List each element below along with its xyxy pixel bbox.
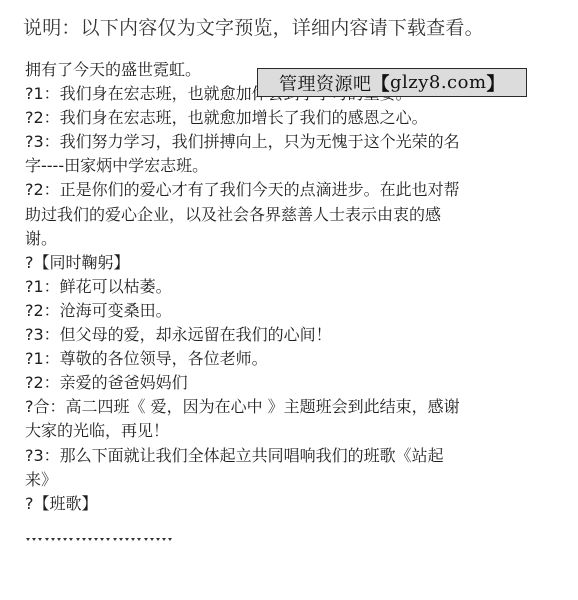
- watermark-site: glzy8.com: [390, 72, 487, 93]
- text-line: ?3：那么下面就让我们全体起立共同唱响我们的班歌《站起: [25, 444, 555, 468]
- watermark-label: 管理资源吧: [279, 70, 372, 96]
- text-line: 来》: [25, 468, 555, 492]
- text-line: 大家的光临，再见！: [25, 419, 555, 443]
- watermark-bracket-open: 【: [371, 70, 390, 96]
- text-line: ?1：尊敬的各位领导，各位老师。: [25, 347, 555, 371]
- text-line: ?2：我们身在宏志班，也就愈加增长了我们的感恩之心。: [25, 106, 555, 130]
- text-line: ?1：鲜花可以枯萎。: [25, 275, 555, 299]
- text-line: ?2：亲爱的爸爸妈妈们: [25, 371, 555, 395]
- text-line: ?2：沧海可变桑田。: [25, 299, 555, 323]
- text-line: ?3：我们努力学习，我们拼搏向上，只为无愧于这个光荣的名: [25, 130, 555, 154]
- text-line: ?【同时鞠躬】: [25, 251, 555, 275]
- document-body: 拥有了今天的盛世霓虹。 ?1：我们身在宏志班，也就愈加体会到了学习的重要。 ?2…: [25, 58, 555, 516]
- text-line: ?3：但父母的爱，却永远留在我们的心间！: [25, 323, 555, 347]
- dot-mark: [167, 535, 173, 545]
- watermark-bracket-close: 】: [487, 70, 506, 96]
- watermark-banner: 管理资源吧 【 glzy8.com 】: [257, 68, 527, 97]
- text-line: ?合：高二四班《 爱，因为在心中 》主题班会到此结束，感谢: [25, 395, 555, 419]
- ellipsis-dots: [25, 535, 174, 545]
- text-line: 字----田家炳中学宏志班。: [25, 154, 555, 178]
- preview-notice: 说明：以下内容仅为文字预览，详细内容请下载查看。: [23, 14, 484, 42]
- text-line: ?2：正是你们的爱心才有了我们今天的点滴进步。在此也对帮: [25, 178, 555, 202]
- text-line: 助过我们的爱心企业，以及社会各界慈善人士表示由衷的感: [25, 203, 555, 227]
- text-line: 谢。: [25, 227, 555, 251]
- text-line: ?【班歌】: [25, 492, 555, 516]
